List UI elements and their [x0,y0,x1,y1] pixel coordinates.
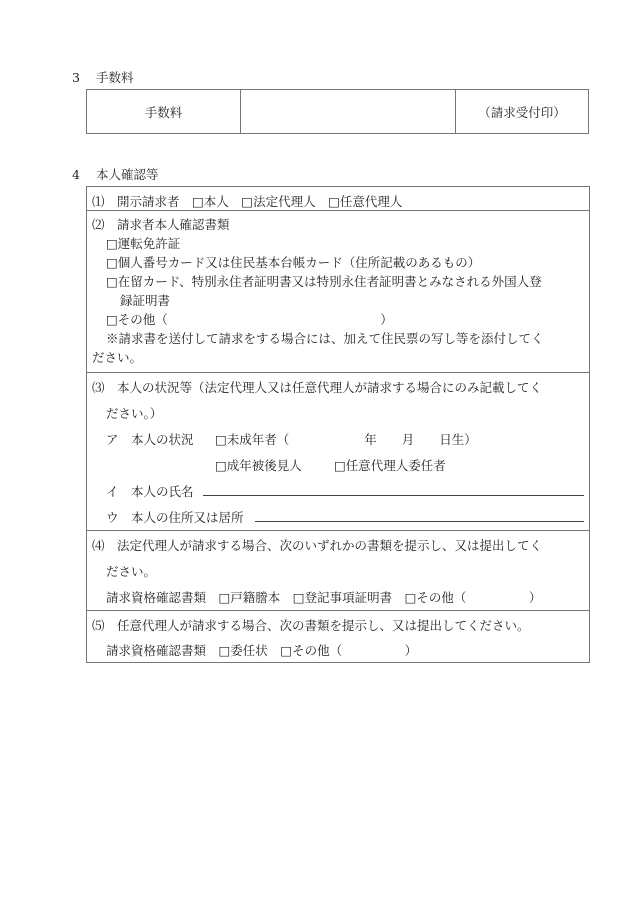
principal-address-field[interactable] [255,509,584,522]
legal-representative-row: ⑷ 法定代理人が請求する場合、次のいずれかの書類を提示し、又は提出してく ださい… [87,531,589,611]
id-documents-row: ⑵ 請求者本人確認書類 □運転免許証 □個人番号カード又は住民基本台帳カード（住… [87,211,589,373]
section-number: 3 [72,70,96,85]
legal-rep-title: ⑷ 法定代理人が請求する場合、次のいずれかの書類を提示し、又は提出してく [92,536,542,554]
fee-label-cell: 手数料 [87,90,241,134]
checkbox-adult-ward[interactable]: □成年被後見人 [215,456,302,474]
section-title: 手数料 [96,70,134,85]
legal-rep-title-cont: ださい。 [106,562,156,580]
id-documents-title: ⑵ 請求者本人確認書類 [92,215,230,233]
fee-table: 手数料 （請求受付印） [86,89,589,134]
requester-type-text[interactable]: ⑴ 開示請求者 □本人 □法定代理人 □任意代理人 [92,192,402,210]
mail-note-continuation: ださい。 [92,348,142,366]
voluntary-agent-documents[interactable]: 請求資格確認書類 □委任状 □その他（ ） [106,641,417,659]
section3-heading: 3手数料 [72,68,134,86]
section-number: 4 [72,167,96,182]
identity-verification-table: ⑴ 開示請求者 □本人 □法定代理人 □任意代理人 ⑵ 請求者本人確認書類 □運… [86,186,590,663]
principal-name-label: イ 本人の氏名 [106,482,194,500]
mail-note: ※請求書を送付して請求をする場合には、加えて住民票の写し等を添付してく [106,329,544,347]
principal-status-row: ⑶ 本人の状況等（法定代理人又は任意代理人が請求する場合にのみ記載してく ださい… [87,373,589,531]
principal-status-title: ⑶ 本人の状況等（法定代理人又は任意代理人が請求する場合にのみ記載してく [92,378,542,396]
section-title: 本人確認等 [96,167,159,182]
section4-heading: 4本人確認等 [72,165,159,183]
checkbox-minor[interactable]: □未成年者（ 年 月 日生） [215,430,477,448]
legal-rep-documents[interactable]: 請求資格確認書類 □戸籍謄本 □登記事項証明書 □その他（ ） [106,588,541,606]
residence-card-continuation: 録証明書 [120,291,170,309]
principal-status-title-cont: ださい。） [106,404,162,422]
requester-type-row: ⑴ 開示請求者 □本人 □法定代理人 □任意代理人 [87,187,589,211]
principal-address-label: ウ 本人の住所又は居所 [106,508,244,526]
checkbox-residence-card[interactable]: □在留カード、特別永住者証明書又は特別永住者証明書とみなされる外国人登 [106,272,542,290]
reception-stamp-cell: （請求受付印） [456,90,589,134]
voluntary-agent-row: ⑸ 任意代理人が請求する場合、次の書類を提示し、又は提出してください。 請求資格… [87,611,589,662]
checkbox-drivers-license[interactable]: □運転免許証 [106,234,180,252]
principal-name-field[interactable] [203,483,584,496]
fee-value-cell[interactable] [241,90,456,134]
voluntary-agent-title: ⑸ 任意代理人が請求する場合、次の書類を提示し、又は提出してください。 [92,616,530,634]
checkbox-other-id[interactable]: □その他（ ） [106,310,393,328]
checkbox-my-number-card[interactable]: □個人番号カード又は住民基本台帳カード（住所記載のあるもの） [106,253,480,271]
checkbox-voluntary-principal[interactable]: □任意代理人委任者 [334,456,446,474]
status-label: ア 本人の状況 [106,430,194,448]
